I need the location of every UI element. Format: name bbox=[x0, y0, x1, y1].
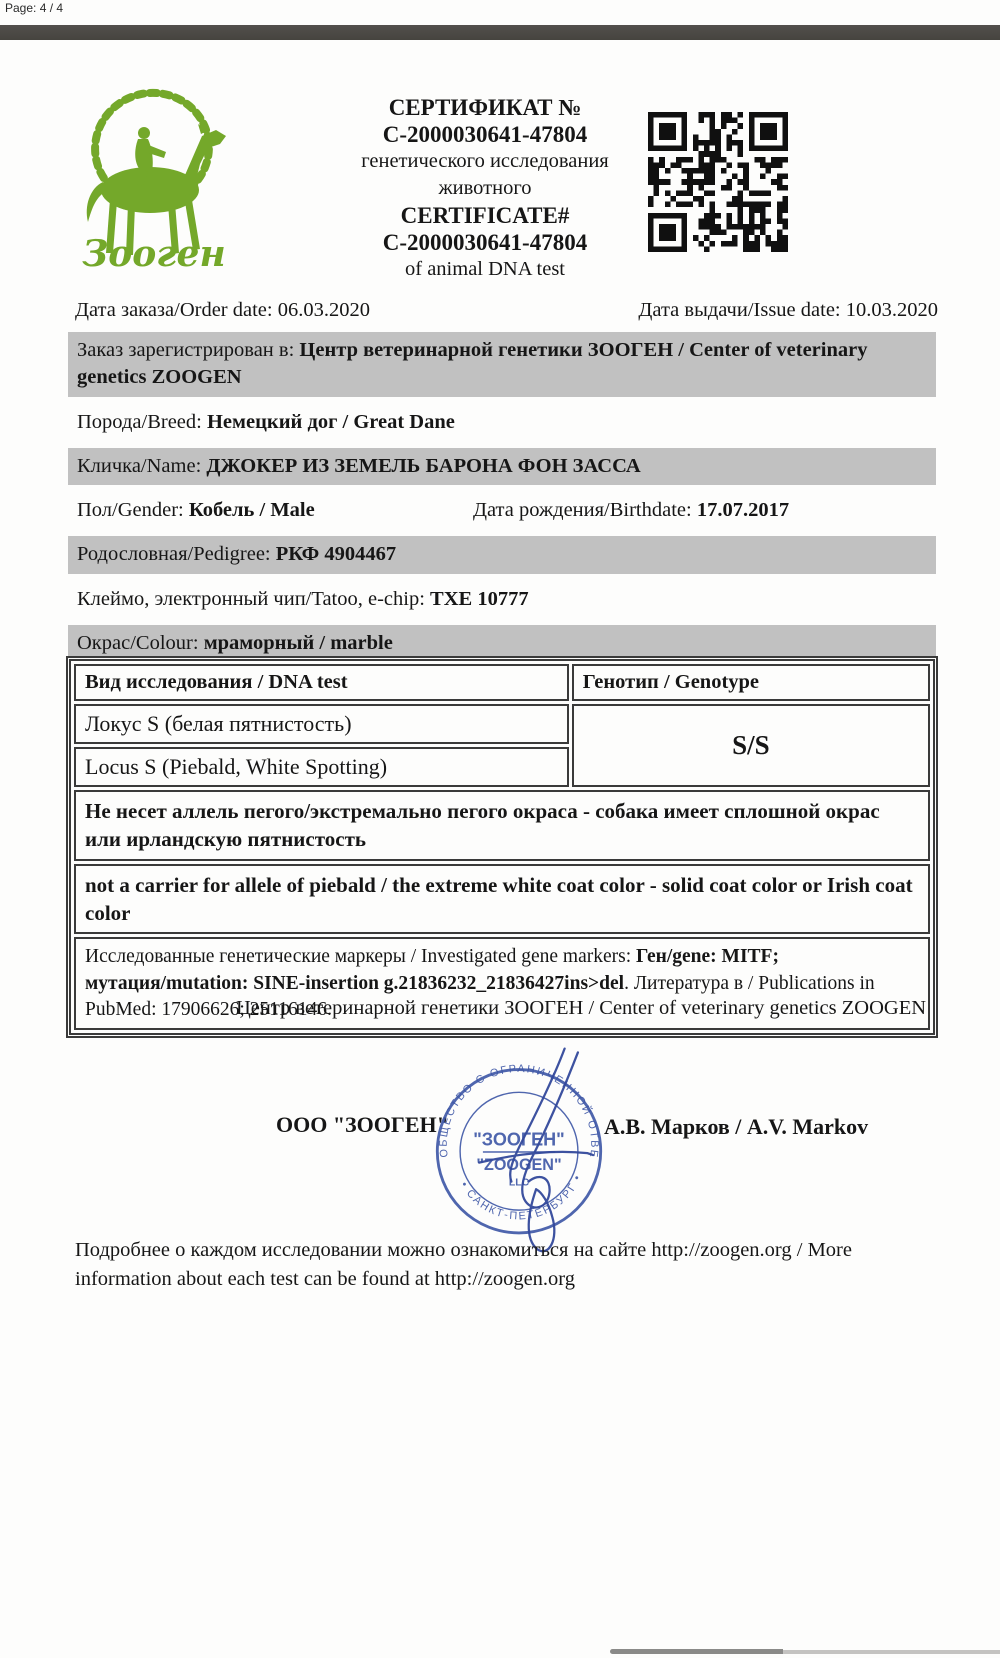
qr-code bbox=[648, 112, 788, 252]
footer-note: Подробнее о каждом исследовании можно оз… bbox=[75, 1236, 943, 1293]
order-date: Дата заказа/Order date: 06.03.2020 bbox=[75, 299, 370, 322]
center-org-line: Центр ветеринарной генетики ЗООГЕН / Cen… bbox=[225, 997, 937, 1020]
result-interpretation-ru: Не несет аллель пегого/экстремально пего… bbox=[74, 790, 930, 861]
locus-name-en: Locus S (Piebald, White Spotting) bbox=[74, 747, 569, 787]
title-line: СЕРТИФИКАТ № bbox=[295, 94, 675, 121]
stamp-center-llc: LLC bbox=[509, 1177, 530, 1188]
title-line: of animal DNA test bbox=[295, 256, 675, 283]
row-registered: Заказ зарегистрирован в: Центр ветеринар… bbox=[68, 332, 936, 397]
stamp-center-en: "ZOOGEN" bbox=[476, 1156, 561, 1174]
dna-test-results-table: Вид исследования / DNA test Генотип / Ge… bbox=[66, 656, 938, 1038]
round-stamp-icon: ОБЩЕСТВО С ОГРАНИЧЕННОЙ ОТВЕТСТВ • САНКТ… bbox=[424, 1048, 614, 1263]
row-name: Кличка/Name: ДЖОКЕР ИЗ ЗЕМЕЛЬ БАРОНА ФОН… bbox=[68, 448, 936, 485]
certificate-number-en: С-2000030641-47804 bbox=[295, 229, 675, 256]
certificate-page: Page: 4 / 4 bbox=[0, 0, 1000, 1658]
org-name: ООО "ЗООГЕН" bbox=[276, 1112, 449, 1138]
title-line: генетического исследования bbox=[295, 148, 675, 175]
page-indicator: Page: 4 / 4 bbox=[5, 1, 63, 15]
locus-name-ru: Локус S (белая пятнистость) bbox=[74, 704, 569, 744]
certificate-number-ru: С-2000030641-47804 bbox=[295, 121, 675, 148]
title-line: животного bbox=[295, 175, 675, 202]
horizontal-scrollbar-thumb[interactable] bbox=[610, 1649, 783, 1654]
viewer-top-bar bbox=[0, 25, 1000, 40]
zoogen-logo: Зооген bbox=[70, 84, 238, 276]
row-gender-birthdate: Пол/Gender: Кобель / Male Дата рождения/… bbox=[68, 492, 936, 529]
birthdate-pair: Дата рождения/Birthdate: 17.07.2017 bbox=[473, 497, 789, 524]
col-header-genotype: Генотип / Genotype bbox=[572, 664, 930, 701]
signature-icon bbox=[479, 1049, 593, 1252]
certificate-title-block: СЕРТИФИКАТ № С-2000030641-47804 генетиче… bbox=[295, 94, 675, 283]
horse-rider-logo-icon: Зооген bbox=[70, 84, 238, 276]
company-stamp: ОБЩЕСТВО С ОГРАНИЧЕННОЙ ОТВЕТСТВ • САНКТ… bbox=[424, 1048, 614, 1263]
horizontal-scrollbar-track[interactable] bbox=[783, 1650, 1000, 1654]
row-pedigree: Родословная/Pedigree: РКФ 4904467 bbox=[68, 536, 936, 573]
row-tattoo-chip: Клеймо, электронный чип/Tatoo, e-chip: T… bbox=[68, 581, 936, 618]
logo-wordmark: Зооген bbox=[82, 233, 225, 275]
dates-row: Дата заказа/Order date: 06.03.2020 Дата … bbox=[75, 299, 938, 322]
col-header-dna-test: Вид исследования / DNA test bbox=[74, 664, 569, 701]
title-line: CERTIFICATE# bbox=[295, 202, 675, 229]
signer-name: А.В. Марков / A.V. Markov bbox=[604, 1114, 868, 1140]
row-breed: Порода/Breed: Немецкий дог / Great Dane bbox=[68, 404, 936, 441]
issue-date: Дата выдачи/Issue date: 10.03.2020 bbox=[638, 299, 938, 322]
result-interpretation-en: not a carrier for allele of piebald / th… bbox=[74, 864, 930, 935]
genotype-value: S/S bbox=[572, 704, 930, 787]
